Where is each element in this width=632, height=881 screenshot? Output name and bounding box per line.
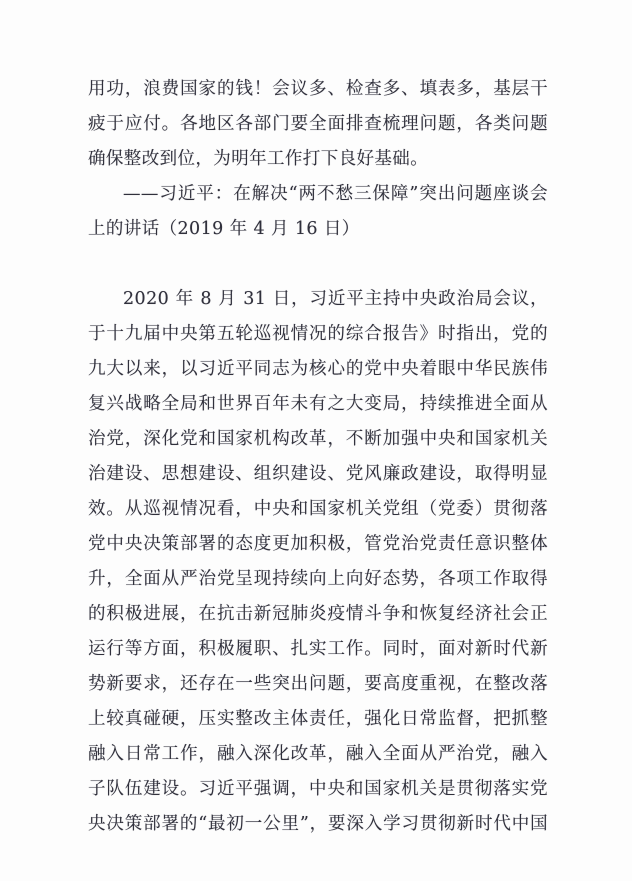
text-line: 效。从巡视情况看，中央和国家机关党组（党委）贯彻落实	[88, 492, 548, 527]
text-line: 治党，深化党和国家机构改革，不断加强中央和国家机关政	[88, 422, 548, 457]
paragraph-body-continuation: 用功，浪费国家的钱！会议多、检查多、填表多，基层干部 疲于应付。各地区各部门要全…	[88, 72, 548, 177]
text-line: 治建设、思想建设、组织建设、党风廉政建设，取得明显成	[88, 457, 548, 492]
text-line: 疲于应付。各地区各部门要全面排查梳理问题，各类问题要	[88, 107, 548, 142]
text-line: 央决策部署的“最初一公里”，要深入学习贯彻新时代中国	[88, 807, 548, 842]
text-line: 用功，浪费国家的钱！会议多、检查多、填表多，基层干部	[88, 72, 548, 107]
text-line: 子队伍建设。习近平强调，中央和国家机关是贯彻落实党中	[88, 772, 548, 807]
text-line: 2020 年 8 月 31 日，习近平主持中央政治局会议，审议《关	[88, 282, 548, 317]
text-line: ——习近平：在解决“两不愁三保障”突出问题座谈会	[88, 177, 548, 212]
text-line: 党中央决策部署的态度更加积极，管党治党责任意识整体提	[88, 527, 548, 562]
text-line: 融入日常工作，融入深化改革，融入全面从严治党，融入班	[88, 737, 548, 772]
paragraph-body: 2020 年 8 月 31 日，习近平主持中央政治局会议，审议《关 于十九届中央…	[88, 282, 548, 842]
text-line: 于十九届中央第五轮巡视情况的综合报告》时指出，党的十	[88, 317, 548, 352]
text-line: 升，全面从严治党呈现持续向上向好态势，各项工作取得新	[88, 562, 548, 597]
text-line: 上的讲话（2019 年 4 月 16 日）	[88, 212, 548, 247]
document-page: 用功，浪费国家的钱！会议多、检查多、填表多，基层干部 疲于应付。各地区各部门要全…	[0, 0, 632, 881]
text-line: 确保整改到位，为明年工作打下良好基础。	[88, 142, 548, 177]
text-line: 势新要求，还存在一些突出问题，要高度重视，在整改落实	[88, 667, 548, 702]
text-line: 运行等方面，积极履职、扎实工作。同时，面对新时代新形	[88, 632, 548, 667]
paragraph-attribution: ——习近平：在解决“两不愁三保障”突出问题座谈会 上的讲话（2019 年 4 月…	[88, 177, 548, 247]
text-line: 九大以来，以习近平同志为核心的党中央着眼中华民族伟大	[88, 352, 548, 387]
text-line: 上较真碰硬，压实整改主体责任，强化日常监督，把抓整改	[88, 702, 548, 737]
text-line: 的积极进展，在抗击新冠肺炎疫情斗争和恢复经济社会正常	[88, 597, 548, 632]
text-line: 复兴战略全局和世界百年未有之大变局，持续推进全面从严	[88, 387, 548, 422]
